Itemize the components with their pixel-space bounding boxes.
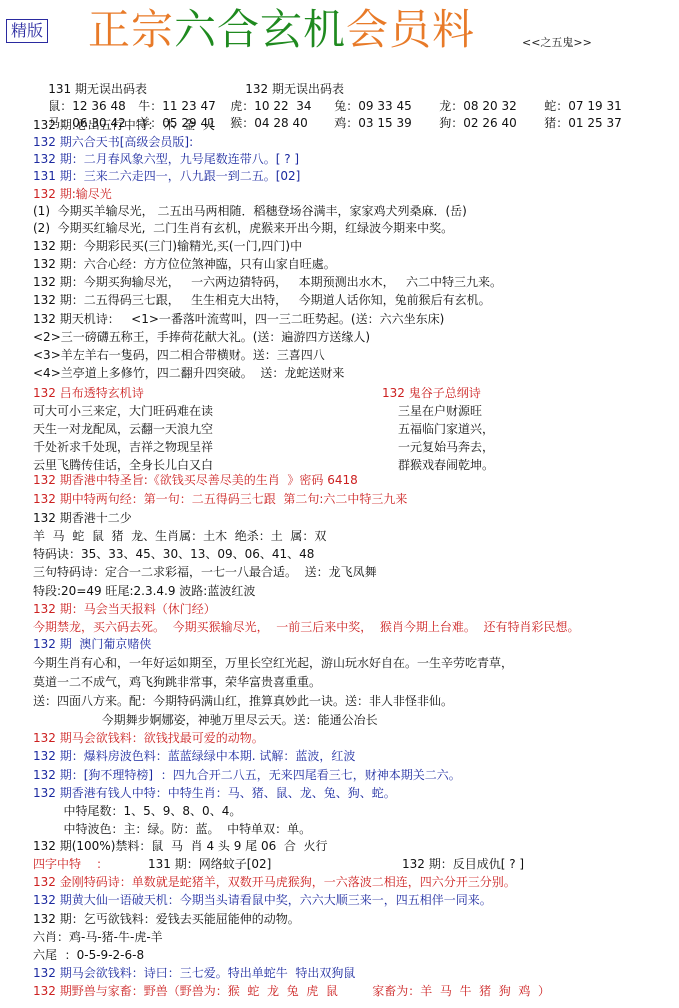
text-line: 送：四面八方来。配：今期特码满山红，推算真妙此一诀。送：非人非怪非仙。 — [33, 693, 453, 710]
text-line: 132 期香港中特圣旨:《欲钱买尽善尽美的生肖 》密码 6418 — [33, 472, 358, 489]
text-line: 132 期(100%)禁料：鼠 马 肖 4 头 9 尾 06 合 火行 — [33, 838, 328, 855]
text-line: 三句特码诗：定合一二求彩福，一七一八最合适。 送：龙飞凤舞 — [33, 564, 377, 581]
title-part-2: 六合玄机 — [174, 5, 346, 54]
four-char-132: 132 期：反目成仇[ ? ] — [402, 856, 524, 873]
text-line: 132 期：六合心经：方方位位煞神臨，只有山家自旺處。 — [33, 256, 336, 273]
text-line: 特段:20=49 旺尾:2.3.4.9 波路:蓝波红波 — [33, 583, 255, 600]
text-line: 今期禁龙，买六码去死。 今期买猴输尽光， 一前三后来中奖， 猴肖今期上台难。 还… — [33, 619, 580, 636]
poem-left-line: 千处祈求千处现，吉祥之物现呈祥 — [33, 439, 213, 456]
text-line: 132 期：马会当天报料（休门经） — [33, 601, 216, 618]
title-part-3: 会员料 — [346, 5, 475, 54]
zodiac-numbers: 04 28 40 — [254, 116, 307, 130]
text-line: 羊 马 蛇 鼠 猪 龙、生肖属：土木 绝杀：土 属：双 — [33, 528, 326, 545]
text-line: 132 期:必出五行中特： 木 金 火 — [33, 117, 215, 134]
poem-left-line: 天生一对龙配凤，云翻一天浪九空 — [33, 421, 213, 438]
text-line: 132 期：乞丐欲钱料：爱钱去买能屈能伸的动物。 — [33, 911, 300, 928]
zodiac-label: 狗 — [439, 116, 451, 130]
poem-right-line: 群猴戏春闹乾坤。 — [398, 457, 494, 474]
text-line: 132 期六合天书[高级会员版]: — [33, 134, 193, 151]
zodiac-label: 猪 — [544, 116, 556, 130]
text-line: 132 期香港十二少 — [33, 510, 132, 527]
four-char-label: 四字中特 ： — [33, 856, 108, 873]
text-line: 132 期:输尽光 — [33, 186, 112, 203]
poem-right-line: 三星在户财源旺 — [398, 403, 482, 420]
poem-right-line: 五福临门家道兴， — [398, 421, 494, 438]
text-line: 132 期马会欲钱料：诗曰：三七爱。特出单蛇牛 特出双狗鼠 — [33, 965, 355, 982]
text-line: 特码诀：35、33、45、30、13、09、06、41、48 — [33, 546, 314, 563]
edition-badge: 精版 — [6, 19, 48, 43]
four-char-131: 131 期：网络蚊子[02] — [148, 856, 271, 873]
text-line: <3>羊左羊右一隻码，四二相合带横财。送：三喜四八 — [33, 347, 325, 364]
text-line: <2>三一磅礴五称王，手捧荷花献大礼。(送：遍游四方送缘人) — [33, 329, 370, 346]
zodiac-numbers: 02 26 40 — [463, 116, 516, 130]
page-title: 正宗六合玄机会员料 — [88, 4, 475, 56]
text-line: <4>兰亭道上多修竹，四二翻升四突破。 送：龙蛇送财来 — [33, 365, 344, 382]
text-line: 今期生肖有心和，一年好运如期至，万里长空红光起，游山玩水好自在。一生辛劳吃青草， — [33, 655, 513, 672]
poem-right-title: 132 鬼谷子总纲诗 — [382, 385, 481, 402]
zodiac-label: 猴 — [230, 116, 242, 130]
text-line: 132 期天机诗： <1>一番落叶流莺叫，四一三二旺势起。(送：六六坐东床) — [33, 311, 444, 328]
text-line: 132 期野兽与家畜：野兽（野兽为：猴 蛇 龙 兔 虎 鼠 家畜为：羊 马 牛 … — [33, 983, 550, 1000]
text-line: 132 期：二月春风象六型，九号尾数连带八。[ ? ] — [33, 151, 299, 168]
poem-left-title: 132 吕布透特玄机诗 — [33, 385, 144, 402]
text-line: 132 期 澳门葡京赌侠 — [33, 636, 151, 653]
text-line: 六尾 ：0-5-9-2-6-8 — [33, 947, 144, 964]
text-line: (1) 今期买羊输尽光， 二五出马两相随．稻穗登场谷满丰，家家鸡犬列桑麻．(岳) — [33, 203, 467, 220]
zodiac-label: 鸡 — [334, 116, 346, 130]
text-line: 131 期：三来二六走四一，八九跟一到二五。[02] — [33, 168, 300, 185]
text-line: (2) 今期买红输尽光, 二门生肖有玄机，虎猴来开出今期，红绿波今期来中奖。 — [33, 220, 453, 237]
text-line: 132 期香港有钱人中特：中特生肖：马、猪、鼠、龙、兔、狗、蛇。 — [33, 785, 396, 802]
text-line: 132 期：爆料房波色料：蓝蓝绿绿中本期. 试解：蓝波，红波 — [33, 748, 355, 765]
text-line: 132 期：二五得码三七跟， 生生相克大出特， 今期道人话你知，兔前猴后有玄机。 — [33, 292, 491, 309]
poem-left-line: 可大可小三来定，大门旺码难在读 — [33, 403, 213, 420]
zodiac-numbers: 03 15 39 — [358, 116, 411, 130]
text-line: 132 金刚特码诗：单数就是蛇猪羊，双数开马虎猴狗，一六落波二相连，四六分开三分… — [33, 874, 516, 891]
text-line: 莫道一二不成气，鸡飞狗跳非常事，荣华富贵喜重重。 — [33, 674, 321, 691]
title-part-1: 正宗 — [88, 5, 174, 54]
text-line: 132 期：今期买狗输尽光， 一六两边猜特码， 本期预测出水木， 六二中特三九来… — [33, 274, 502, 291]
text-line: 六肖：鸡-马-猪-牛-虎-羊 — [33, 929, 163, 946]
subtitle: <<之五鬼>> — [522, 34, 592, 50]
text-line: 中特波色：主：绿。防：蓝。 中特单双：单。 — [33, 821, 311, 838]
text-line: 中特尾数：1、5、9、8、0、4。 — [33, 803, 241, 820]
poem-right-line: 一元复始马奔去， — [398, 439, 494, 456]
zodiac-numbers: 01 25 37 — [568, 116, 621, 130]
text-line: 132 期：[狗不理特榜] ：四九合开二八五，无来四尾看三七，财神本期关二六。 — [33, 767, 461, 784]
text-line: 132 期马会欲钱料：欲钱找最可爱的动物。 — [33, 730, 264, 747]
text-line: 132 期黄大仙一语破天机：今期当头请看鼠中奖，六六大顺三来一，四五相伴一同来。 — [33, 892, 492, 909]
text-line: 132 期：今期彩民买(三门)输精光,买(一门,四门)中 — [33, 238, 302, 255]
text-line: 132 期中特两句经：第一句：二五得码三七跟 第二句:六二中特三九来 — [33, 491, 407, 508]
text-line: 今期舞步婀娜姿，神驰万里尽云天。送：能通公冶长 — [33, 712, 378, 729]
